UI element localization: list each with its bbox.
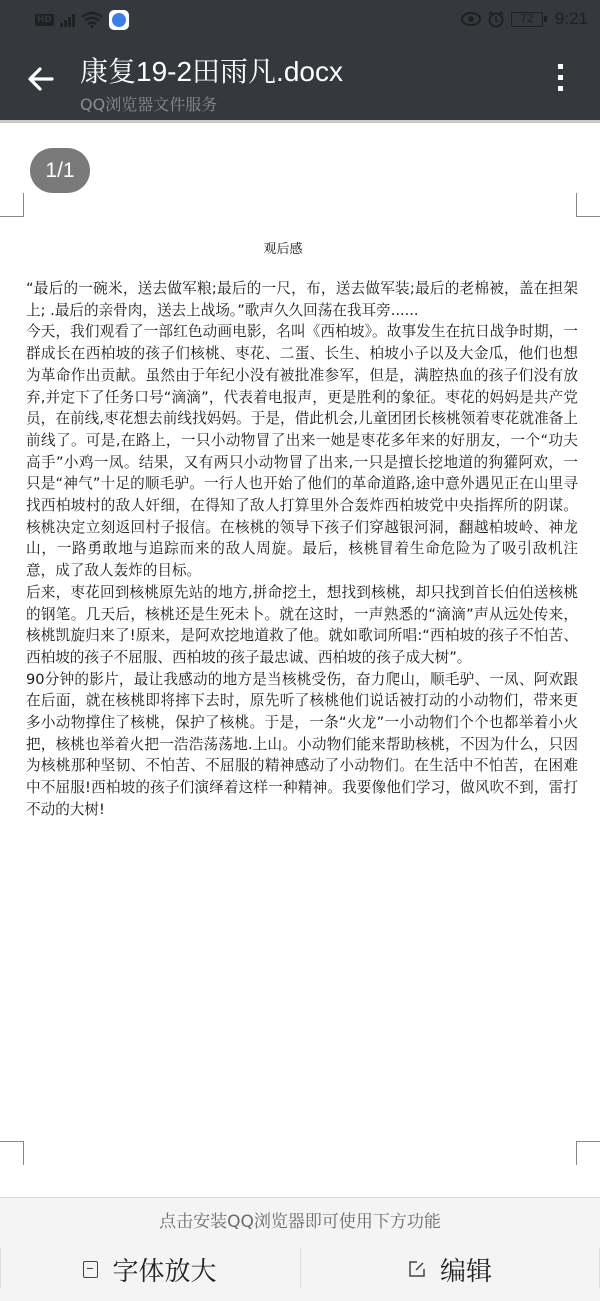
hd-icon: HD bbox=[35, 14, 54, 26]
battery-icon: 72 bbox=[511, 12, 543, 27]
page-corner-mark bbox=[0, 1141, 24, 1165]
wifi-icon bbox=[81, 12, 103, 28]
file-title: 康复19-2田雨凡.docx bbox=[80, 50, 343, 90]
paragraph: 今天，我们观看了一部红色动画电影，名叫《西柏坡》。故事发生在抗日战争时期，一群成… bbox=[26, 321, 578, 581]
page-corner-mark bbox=[576, 1141, 600, 1165]
edit-icon bbox=[408, 1260, 426, 1278]
file-service-subtitle: QQ浏览器文件服务 bbox=[80, 92, 217, 115]
font-enlarge-icon bbox=[83, 1261, 98, 1278]
page-corner-mark bbox=[576, 193, 600, 217]
paragraph: “最后的一碗米，送去做军粮;最后的一尺，布，送去做军装;最后的老棉被，盖在担架上… bbox=[26, 278, 578, 321]
bottom-toolbar: 点击安装QQ浏览器即可使用下方功能 字体放大 编辑 bbox=[0, 1197, 600, 1301]
paragraph: 90分钟的影片，最让我感动的地方是当核桃受伤，奋力爬山，顺毛驴、一凤、阿欢跟在后… bbox=[26, 669, 578, 821]
edit-label: 编辑 bbox=[440, 1251, 492, 1288]
clock: 9:21 bbox=[555, 9, 588, 29]
paragraph: 后来，枣花回到核桃原先站的地方,拼命挖土，想找到核桃，却只找到首长伯伯送核桃的钢… bbox=[26, 582, 578, 669]
browser-app-icon bbox=[109, 10, 129, 30]
document-viewer[interactable]: 1/1 观后感 “最后的一碗米，送去做军粮;最后的一尺，布，送去做军装;最后的老… bbox=[0, 123, 600, 1198]
alarm-icon bbox=[487, 10, 505, 28]
status-bar: HD 72 9:21 bbox=[0, 0, 600, 42]
back-arrow-icon[interactable] bbox=[24, 62, 58, 96]
app-header: 康复19-2田雨凡.docx QQ浏览器文件服务 bbox=[0, 42, 600, 120]
more-options-icon[interactable] bbox=[558, 64, 566, 91]
install-hint[interactable]: 点击安装QQ浏览器即可使用下方功能 bbox=[0, 1207, 600, 1232]
page-indicator: 1/1 bbox=[30, 148, 90, 193]
status-right: 72 9:21 bbox=[461, 9, 588, 29]
status-left: HD bbox=[35, 10, 129, 30]
font-enlarge-button[interactable]: 字体放大 bbox=[0, 1248, 300, 1290]
font-enlarge-label: 字体放大 bbox=[112, 1251, 216, 1288]
document-title: 观后感 bbox=[0, 238, 566, 257]
page-corner-mark bbox=[0, 193, 24, 217]
edit-button[interactable]: 编辑 bbox=[300, 1248, 600, 1290]
eye-icon bbox=[461, 12, 481, 26]
signal-4g-icon bbox=[60, 13, 75, 27]
document-body: “最后的一碗米，送去做军粮;最后的一尺，布，送去做军装;最后的老棉被，盖在担架上… bbox=[26, 278, 578, 821]
